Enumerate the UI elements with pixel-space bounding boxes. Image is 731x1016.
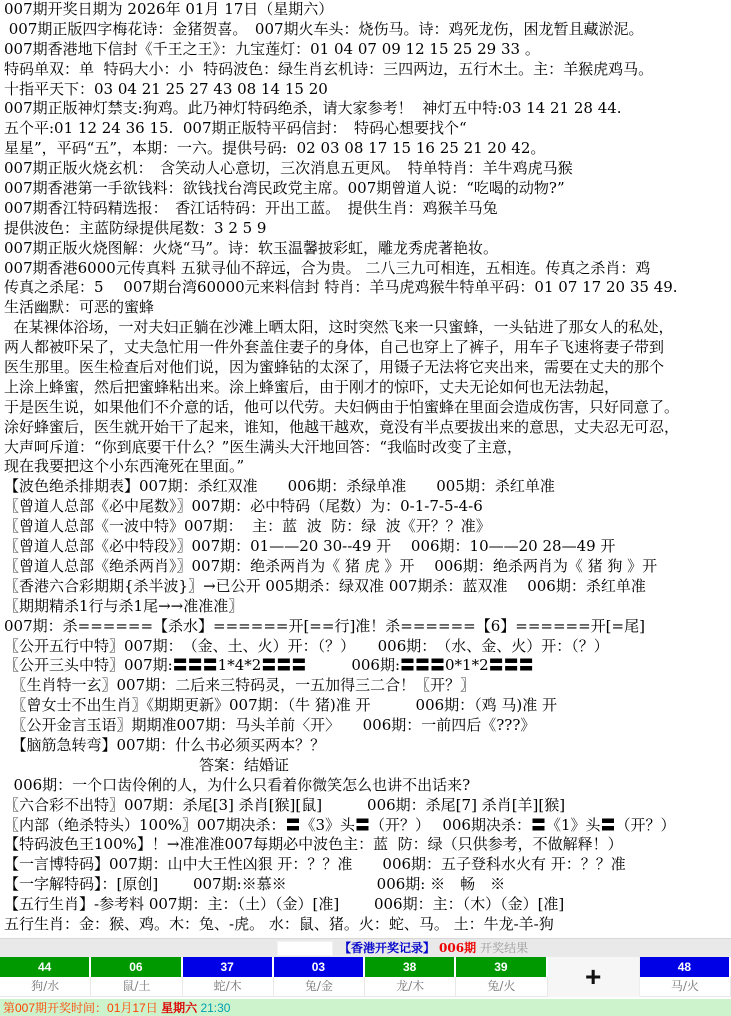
result-ball: 37 蛇/木	[183, 957, 274, 997]
text-line: 〖公开三头中特〗007期:〓〓〓1*4*2〓〓〓 006期:〓〓〓0*1*2〓〓…	[0, 656, 731, 676]
text-line: 涂好蜂蜜后，医生就开始干了起来，谁知，他越干越欢，竟没有半点要拔出来的意思，丈夫…	[0, 418, 731, 438]
text-line: 007期香港地下信封《千王之王》：九宝莲灯：01 04 07 09 12 15 …	[0, 40, 731, 60]
text-line: 〖公开金言玉语〗期期准007期：马头羊前〈开〉 006期：一前四后《???》	[0, 716, 731, 736]
text-line: 007期正版火烧玄机： 含笑动人心意切，三次消息五更风。 特单特肖：羊牛鸡虎马猴	[0, 159, 731, 179]
ball-zodiac-element: 鼠/土	[91, 977, 182, 997]
text-line: 007期正版神灯禁支:狗鸡。此乃神灯特码绝杀，请大家参考！ 神灯五中特:03 1…	[0, 99, 731, 119]
result-ball: 44 狗/水	[0, 957, 91, 997]
text-line: 007期香港第一手欲钱料：欲钱找台湾民政党主席。007期曾道人说：“吃喝的动物?…	[0, 179, 731, 199]
text-line: 五行生肖：金：猴、鸡。木：兔、-虎。 水：鼠、猪。火：蛇、马。 土：牛龙-羊-狗	[0, 915, 731, 935]
text-line: 现在我要把这个小东西淹死在里面。”	[0, 457, 731, 477]
ball-number: 39	[456, 957, 547, 977]
text-line: 【波色绝杀排期表】007期：杀红双准 006期：杀绿单准 005期：杀红单准	[0, 477, 731, 497]
results-source-link[interactable]: 【香港开奖记录】	[339, 939, 435, 957]
text-line: 007期开奖日期为 2026年 01月 17日（星期六）	[0, 0, 731, 20]
next-draw-footer: 第007期开奖时间：01月17日 星期六 21:30	[0, 999, 731, 1016]
text-line: 〖曾道人总部《必中特段》〗007期：01——20 30--49 开 006期：1…	[0, 537, 731, 557]
text-line: 医生那里。医生检查后对他们说，因为蜜蜂钻的太深了，用镊子无法将它夹出来，需要在丈…	[0, 358, 731, 378]
results-balls-row: 44 狗/水 06 鼠/土 37 蛇/木 03 兔/金 38 龙/木 39 兔/…	[0, 957, 731, 997]
ball-zodiac-element: 龙/木	[365, 977, 456, 997]
ball-number: 44	[0, 957, 91, 977]
result-ball-special: 48 马/火	[640, 957, 731, 997]
result-ball: 38 龙/木	[365, 957, 456, 997]
ball-zodiac-element: 马/火	[640, 977, 731, 997]
text-line: 【一言博特码】007期：山中大王性凶狠 开：？？准 006期：五子登科水火有 开…	[0, 855, 731, 875]
text-line: 〖曾道人总部《必中尾数》〗007期：必中特码（尾数）为：0-1-7-5-4-6	[0, 497, 731, 517]
text-line: 答案：结婚证	[0, 756, 731, 776]
next-draw-time: 21:30	[200, 1001, 230, 1015]
text-line: 提供波色：主蓝防绿提供尾数：3 2 5 9	[0, 219, 731, 239]
text-line: 【特码波色王100%】！→准准准007每期必中波色主：蓝 防：绿（只供参考，不做…	[0, 835, 731, 855]
ball-zodiac-element: 狗/水	[0, 977, 91, 997]
result-ball: 03 兔/金	[274, 957, 365, 997]
results-caption: 开奖结果	[480, 939, 528, 957]
blank-input-box[interactable]	[277, 941, 333, 956]
text-line: 007期香江特码精选报： 香江话特码：开出工蓝。 提供生肖：鸡猴羊马兔	[0, 199, 731, 219]
lottery-tips-text-block: 007期开奖日期为 2026年 01月 17日（星期六） 007期正版四字梅花诗…	[0, 0, 731, 938]
text-line: 〖公开五行中特〗007期： （金、土、火）开：（？） 006期： （水、金、火）…	[0, 637, 731, 657]
text-line: 特码单双：单 特码大小：小 特码波色：绿生肖玄机诗：三四两边，五行木土。主：羊猴…	[0, 60, 731, 80]
text-line: 于是医生说，如果他们不介意的话，他可以代劳。夫妇俩由于怕蜜蜂在里面会造成伤害，只…	[0, 398, 731, 418]
text-line: 上涂上蜂蜜，然后把蜜蜂粘出来。涂上蜂蜜后，由于刚才的惊吓，丈夫无论如何也无法勃起…	[0, 378, 731, 398]
ball-number: 37	[183, 957, 274, 977]
text-line: 〖曾女士不出生肖〗《期期更新》007期：（牛 猪)准 开 006期：（鸡 马)准…	[0, 696, 731, 716]
text-line: 007期香港6000元传真料 五狱寻仙不辞远，合为贵。 二八三九可相连，五相连。…	[0, 259, 731, 279]
text-line: 十指平天下：03 04 21 25 27 43 08 14 15 20	[0, 80, 731, 100]
text-line: 星星”，平码“五”，本期：一六。提供号码: 02 03 08 17 15 16 …	[0, 139, 731, 159]
result-ball: 06 鼠/土	[91, 957, 182, 997]
ball-zodiac-element: 兔/火	[456, 977, 547, 997]
ball-zodiac-element: 兔/金	[274, 977, 365, 997]
results-period-badge: 006期	[439, 939, 476, 957]
text-line: 在某裸体浴场，一对夫妇正躺在沙滩上晒太阳，这时突然飞来一只蜜蜂，一头钻进了那女人…	[0, 318, 731, 338]
results-header-bar: 【香港开奖记录】 006期 开奖结果	[0, 938, 731, 957]
ball-number: 38	[365, 957, 456, 977]
text-line: 007期正版火烧图解：火烧“马”。诗：软玉温馨披彩虹，雕龙秀虎著艳妆。	[0, 239, 731, 259]
text-line: 【脑筋急转弯】007期：什么书必须买两本？？	[0, 736, 731, 756]
text-line: 生活幽默：可恶的蜜蜂	[0, 298, 731, 318]
plus-separator: +	[548, 957, 640, 997]
ball-number: 06	[91, 957, 182, 977]
text-line: 传真之杀尾：5 007期台湾60000元来料信封 特肖：羊马虎鸡猴牛特单平码：0…	[0, 278, 731, 298]
text-line: 〖生肖特一玄〗007期：二后来三特码灵，一五加得三二合！〖开？〗	[0, 676, 731, 696]
text-line: 〖香港六合彩期期{杀半波}〗→已公开 005期杀：绿双准 007期杀：蓝双准 0…	[0, 577, 731, 597]
text-line: 两人都被吓呆了，丈夫急忙用一件外套盖住妻子的身体，自己也穿上了裤子，用车子飞速将…	[0, 338, 731, 358]
ball-number: 48	[640, 957, 731, 977]
text-line: 007期：杀======【杀水】======开[==行]准！杀======【6】…	[0, 617, 731, 637]
ball-zodiac-element: 蛇/木	[183, 977, 274, 997]
text-line: 007期正版四字梅花诗：金猪贺喜。 007期火车头：烧伤马。诗：鸡死龙伤，困龙暂…	[0, 20, 731, 40]
text-line: 〖六合彩不出特〗007期：杀尾[3] 杀肖[猴][鼠] 006期：杀尾[7] 杀…	[0, 796, 731, 816]
next-draw-date: 01月17日	[107, 1001, 158, 1015]
text-line: 五个平:01 12 24 36 15. 007期正版特平码信封： 特码心想要找个…	[0, 119, 731, 139]
result-ball: 39 兔/火	[456, 957, 547, 997]
next-draw-weekday: 星期六	[161, 1001, 197, 1015]
text-line: 006期：一个口齿伶俐的人，为什么只看着你微笑怎么也讲不出话来?	[0, 776, 731, 796]
text-line: 〖期期精杀1行与杀1尾→→准准准〗	[0, 597, 731, 617]
text-line: 〖内部（绝杀特头）100%〗007期决杀：〓《3》头〓（开？） 006期决杀：〓…	[0, 816, 731, 836]
ball-number: 03	[274, 957, 365, 977]
text-line: 〖曾道人总部《绝杀两肖》〗007期：绝杀两肖为《 猪 虎 》开 006期：绝杀两…	[0, 557, 731, 577]
plus-icon: +	[585, 957, 601, 997]
text-line: 【一字解特码】：[原创] 007期:※慕※ 006期: ※ 畅 ※	[0, 875, 731, 895]
next-draw-label: 第007期开奖时间：	[3, 1001, 107, 1015]
text-line: 大声呵斥道：“你到底要干什么？”医生满头大汗地回答：“我临时改变了主意，	[0, 438, 731, 458]
text-line: 〖曾道人总部《一波中特》007期： 主：蓝 波 防：绿 波《开？？准》	[0, 517, 731, 537]
text-line: 【五行生肖】-参考料 007期：主：（土）（金）[准] 006期：主：（木）（金…	[0, 895, 731, 915]
